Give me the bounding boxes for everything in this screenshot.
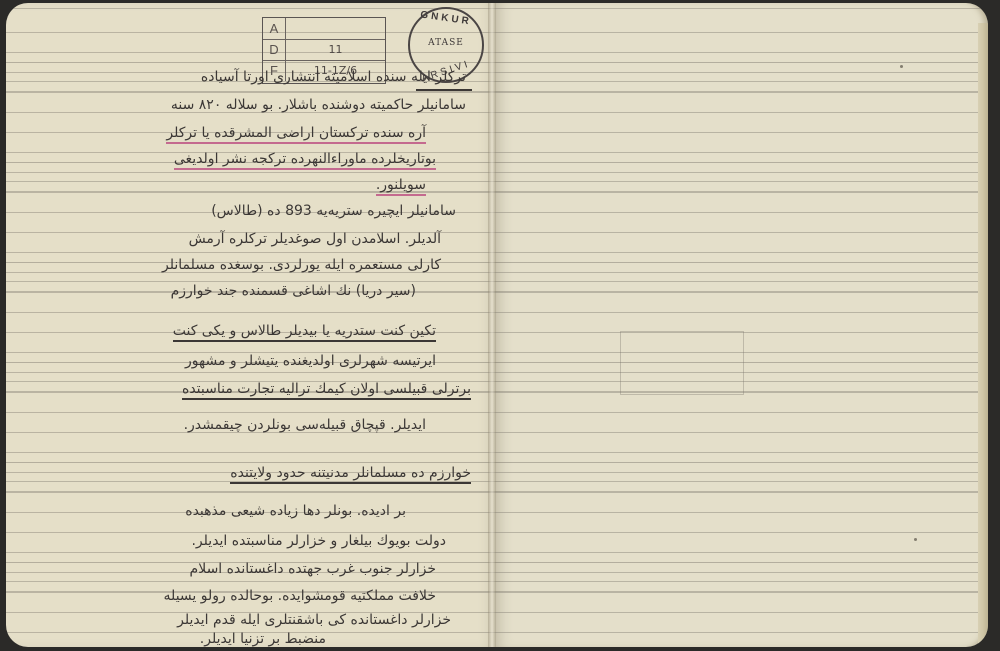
handwritten-line: سامانیلر ایچیره ستریه‌یه 893 ده (طالاس): [211, 203, 456, 219]
handwritten-line: ایرتیسه شهرلری اولدیغنده یتیشلر و مشهور: [185, 353, 436, 369]
left-page: A D 11 F 11-1Z/6 GNKUR ATASE ARSIVI ترکل…: [6, 3, 496, 647]
right-page: [496, 3, 988, 647]
ruled-lines: [496, 3, 988, 647]
handwritten-line: تکین کنت ستدریه یا بیدیلر طالاس و یکی کن…: [173, 323, 436, 339]
handwritten-line: سامانیلر حاکمیته دوشنده باشلار. بو سلاله…: [171, 97, 466, 113]
handwritten-line: خزارلر جنوب غرب جهتده داغستانده اسلام: [190, 561, 436, 577]
show-through-stamp: [620, 331, 744, 395]
ink-speck: [900, 65, 903, 68]
underlined-phrase: تکین کنت ستدریه یا بیدیلر طالاس و یکی کن…: [173, 323, 436, 342]
underlined-phrase: سویلنور.: [376, 177, 426, 196]
handwritten-line: خوارزم ده مسلمانلر مدنیتنه حدود ولایتنده: [230, 465, 471, 481]
handwritten-line: خلافت مملکتیه قومشوایده. بوحالده رولو یس…: [164, 588, 436, 604]
underlined-phrase: آره سنده ترکستان اراضی المشرقده یا ترکلر: [166, 125, 426, 144]
handwritten-line: منضبط بر تزنیا ایدیلر.: [200, 631, 326, 647]
handwritten-line: خزارلر داغستانده کی باشقنتلری ایله قدم ا…: [177, 612, 451, 628]
underlined-phrase: برترلی قبیلسی اولان کیمك ترالیه تجارت من…: [182, 381, 471, 400]
handwritten-line: آلدیلر. اسلامدن اول صوغدیلر ترکلره آرمش: [189, 231, 441, 247]
handwritten-line: برترلی قبیلسی اولان کیمك ترالیه تجارت من…: [182, 381, 471, 397]
handwritten-line: ایدیلر. قپچاق قبیله‌سی بونلردن چیقمشدر.: [184, 417, 426, 433]
notebook-spread: A D 11 F 11-1Z/6 GNKUR ATASE ARSIVI ترکل…: [6, 3, 994, 647]
page-edges: [978, 23, 988, 647]
handwritten-line: (سیر دریا) نك اشاغی قسمنده جند خوارزم: [171, 283, 416, 299]
handwritten-line: آره سنده ترکستان اراضی المشرقده یا ترکلر: [166, 125, 426, 141]
handwritten-line: سویلنور.: [376, 177, 426, 193]
handwritten-line: بر ادیده. بونلر دها زیاده شیعی مذهبده: [185, 503, 406, 519]
handwritten-line: ترکلر ایله سنده اسلامیته انتشاری اورتا آ…: [201, 69, 466, 85]
stamp-value: 11: [286, 43, 385, 56]
stamp-row-d: D 11: [263, 39, 385, 61]
ink-speck: [914, 538, 917, 541]
page-gutter: [488, 3, 496, 647]
handwritten-line: بوتاریخلرده ماوراءالنهرده ترکجه نشر اولد…: [174, 151, 436, 167]
stamp-row-a: A: [263, 18, 385, 40]
stamp-middle-text: ATASE: [410, 38, 482, 48]
stamp-key: A: [263, 18, 286, 39]
underlined-phrase: بوتاریخلرده ماوراءالنهرده ترکجه نشر اولد…: [174, 151, 436, 170]
ink-dash: [416, 89, 472, 91]
handwritten-line: دولت بویوك بیلغار و خزارلر مناسبتده ایدی…: [191, 533, 446, 549]
underlined-phrase: خوارزم ده مسلمانلر مدنیتنه حدود ولایتنده: [230, 465, 471, 484]
handwritten-line: کارلی مستعمره ایله یورلردی. بوسغده مسلما…: [162, 257, 441, 273]
stamp-key: D: [263, 39, 286, 60]
